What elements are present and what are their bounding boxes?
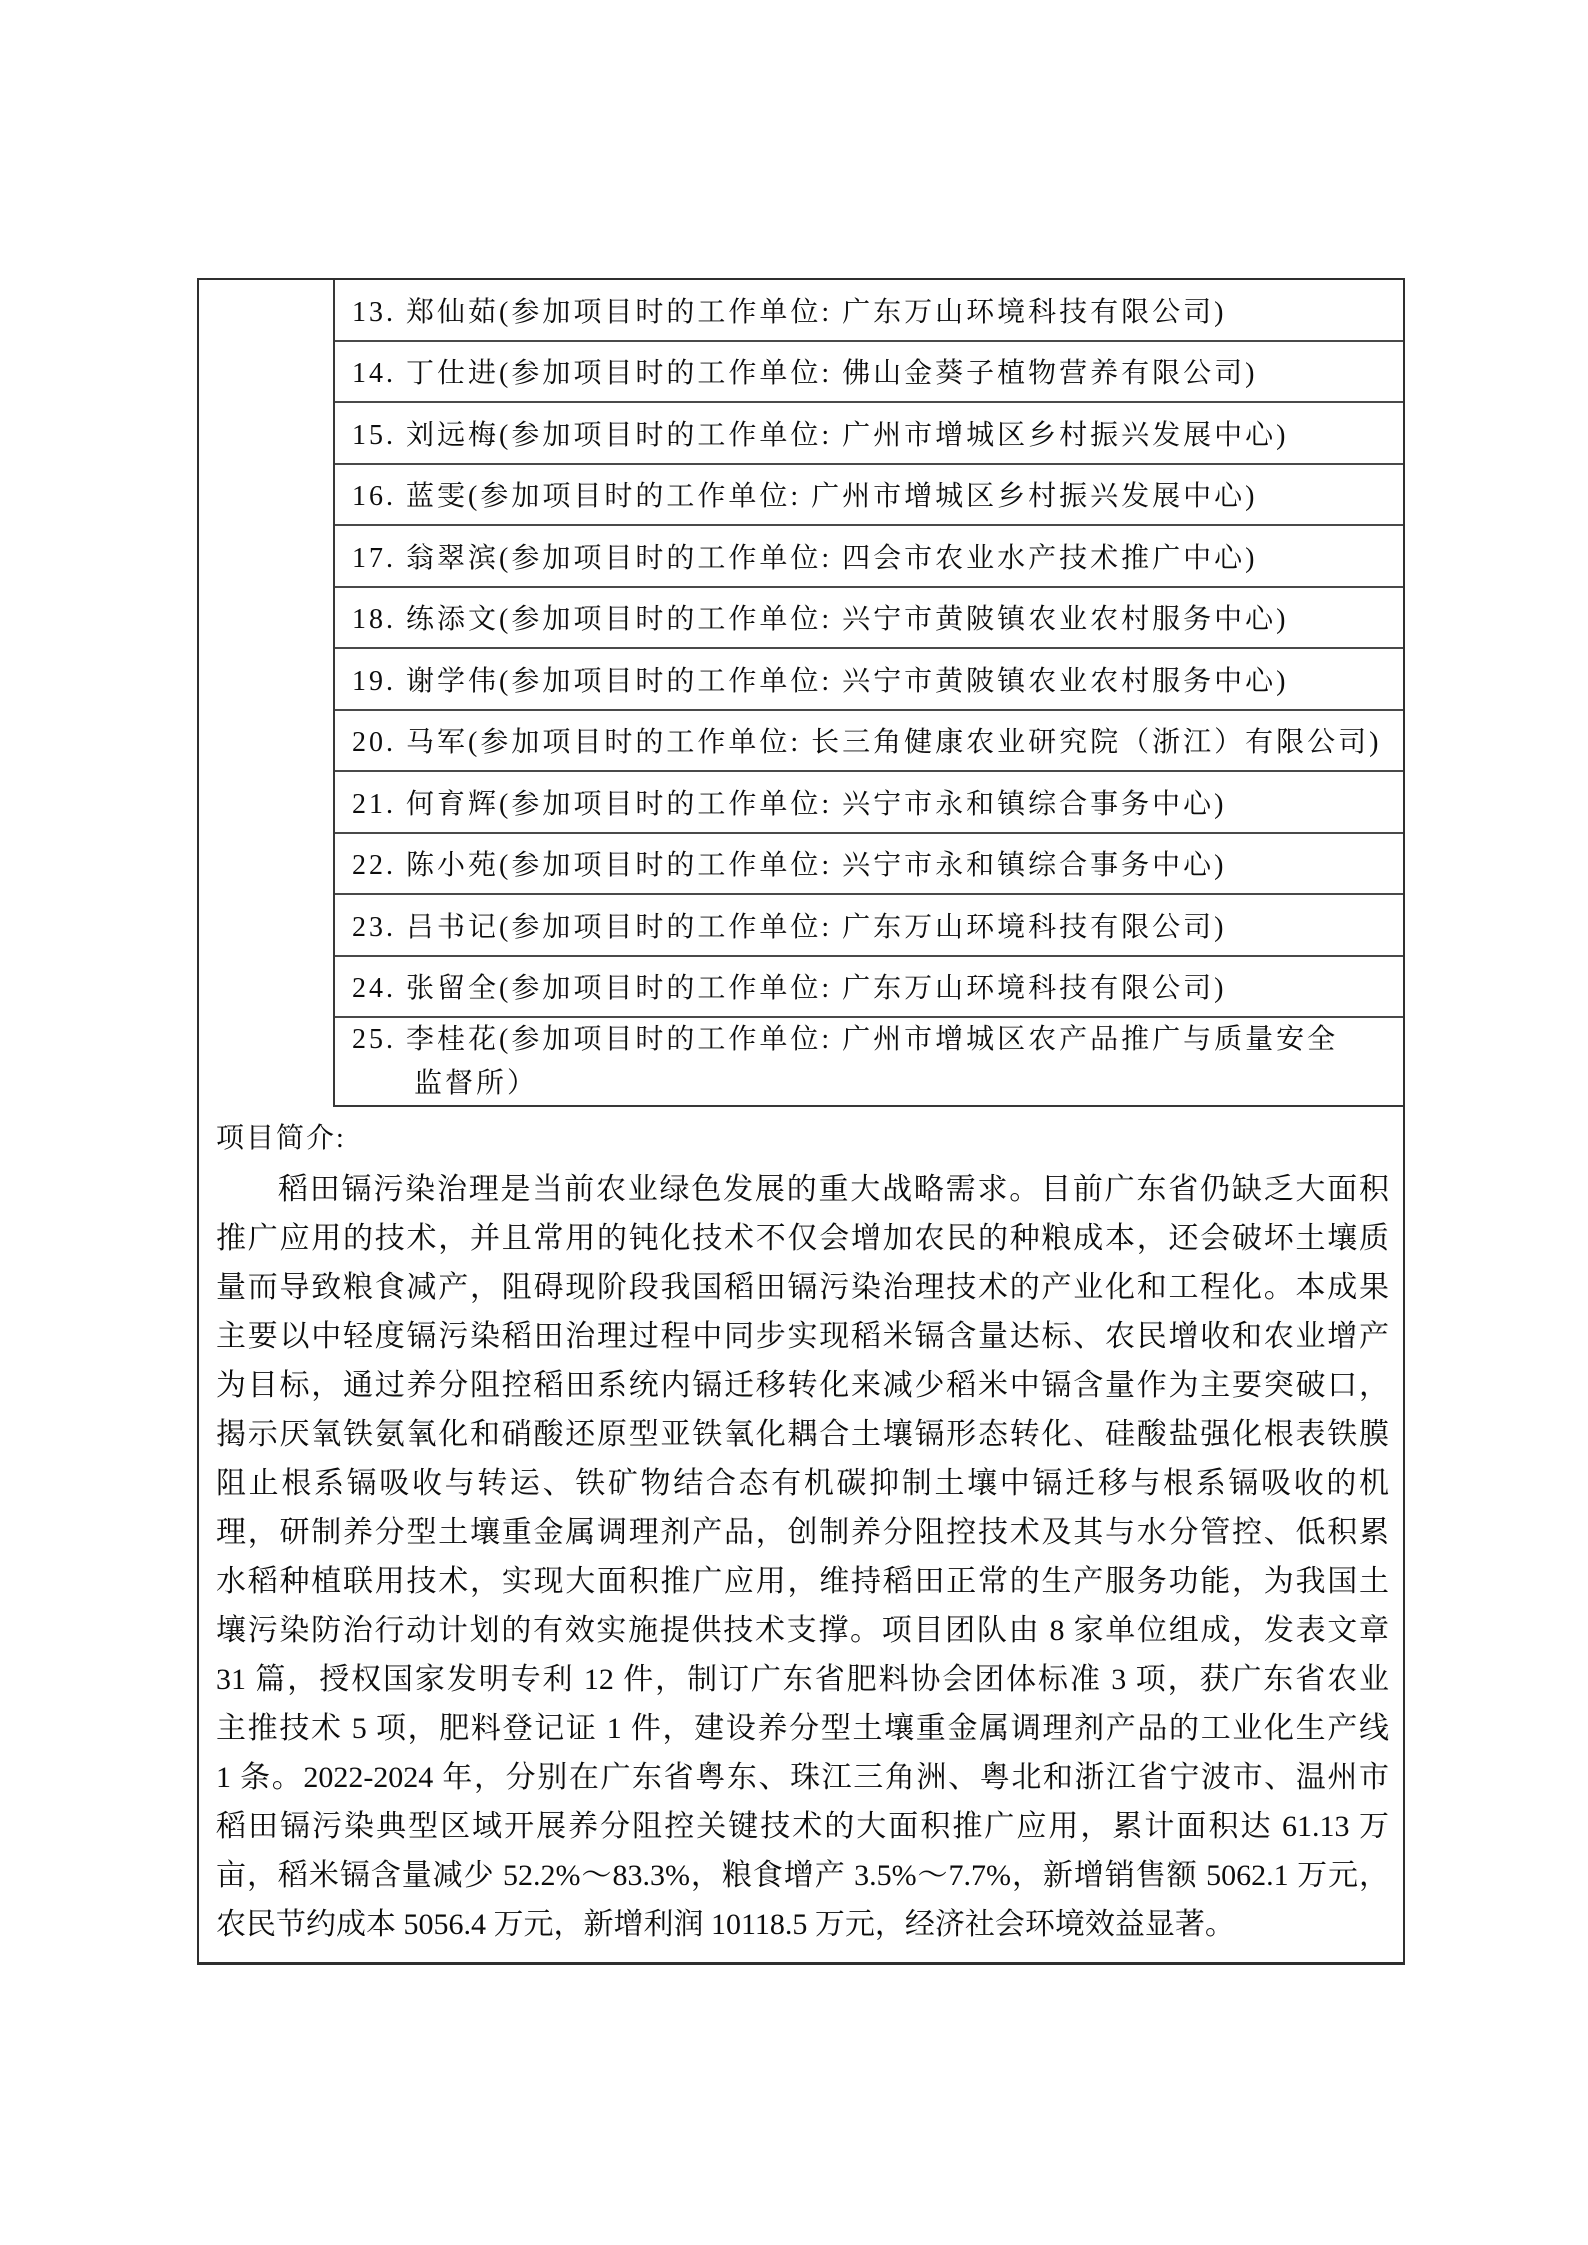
member-row-25: 25. 李桂花(参加项目时的工作单位: 广州市增城区农产品推广与质量安全 监督所… <box>335 1018 1403 1107</box>
intro-line-9: 水稻种植联用技术，实现大面积推广应用，维持稻田正常的生产服务功能，为我国土 <box>216 1557 1389 1606</box>
intro-line-15: 亩，稻米镉含量减少 52.2%～83.3%，粮食增产 3.5%～7.7%，新增销… <box>216 1851 1389 1900</box>
member-row-18: 18. 练添文(参加项目时的工作单位: 兴宁市黄陂镇农业农村服务中心) <box>335 588 1403 650</box>
member-row-20: 20. 马军(参加项目时的工作单位: 长三角健康农业研究院（浙江）有限公司) <box>335 711 1403 773</box>
member-row-21: 21. 何育辉(参加项目时的工作单位: 兴宁市永和镇综合事务中心) <box>335 772 1403 834</box>
intro-line-11: 31 篇，授权国家发明专利 12 件，制订广东省肥料协会团体标准 3 项，获广东… <box>216 1655 1389 1704</box>
member-entry: 21. 何育辉(参加项目时的工作单位: 兴宁市永和镇综合事务中心) <box>335 782 1226 822</box>
member-entry: 23. 吕书记(参加项目时的工作单位: 广东万山环境科技有限公司) <box>335 905 1226 945</box>
member-row-13: 13. 郑仙茹(参加项目时的工作单位: 广东万山环境科技有限公司) <box>335 280 1403 342</box>
member-entry: 15. 刘远梅(参加项目时的工作单位: 广州市增城区乡村振兴发展中心) <box>335 413 1288 453</box>
member-entry: 20. 马军(参加项目时的工作单位: 长三角健康农业研究院（浙江）有限公司) <box>335 720 1381 760</box>
intro-line-12: 主推技术 5 项，肥料登记证 1 件，建设养分型土壤重金属调理剂产品的工业化生产… <box>216 1704 1389 1753</box>
intro-line-16: 农民节约成本 5056.4 万元，新增利润 10118.5 万元，经济社会环境效… <box>216 1900 1389 1949</box>
member-row-19: 19. 谢学伟(参加项目时的工作单位: 兴宁市黄陂镇农业农村服务中心) <box>335 649 1403 711</box>
intro-line-14: 稻田镉污染典型区域开展养分阻控关键技术的大面积推广应用，累计面积达 61.13 … <box>216 1802 1389 1851</box>
nomination-table: 13. 郑仙茹(参加项目时的工作单位: 广东万山环境科技有限公司) 14. 丁仕… <box>197 278 1405 1965</box>
member-row-17: 17. 翁翠滨(参加项目时的工作单位: 四会市农业水产技术推广中心) <box>335 526 1403 588</box>
members-section: 13. 郑仙茹(参加项目时的工作单位: 广东万山环境科技有限公司) 14. 丁仕… <box>199 280 1403 1107</box>
intro-line-5: 为目标，通过养分阻控稻田系统内镉迁移转化来减少稻米中镉含量作为主要突破口， <box>216 1361 1389 1410</box>
member-entry: 16. 蓝雯(参加项目时的工作单位: 广州市增城区乡村振兴发展中心) <box>335 474 1257 514</box>
member-row-23: 23. 吕书记(参加项目时的工作单位: 广东万山环境科技有限公司) <box>335 895 1403 957</box>
member-entry: 24. 张留全(参加项目时的工作单位: 广东万山环境科技有限公司) <box>335 966 1226 1006</box>
intro-line-4: 主要以中轻度镉污染稻田治理过程中同步实现稻米镉含量达标、农民增收和农业增产 <box>216 1312 1389 1361</box>
intro-line-8: 理，研制养分型土壤重金属调理剂产品，创制养分阻控技术及其与水分管控、低积累 <box>216 1508 1389 1557</box>
intro-line-2: 推广应用的技术，并且常用的钝化技术不仅会增加农民的种粮成本，还会破坏土壤质 <box>216 1214 1389 1263</box>
project-intro-section: 项目简介: 稻田镉污染治理是当前农业绿色发展的重大战略需求。目前广东省仍缺乏大面… <box>199 1107 1403 1962</box>
intro-line-1: 稻田镉污染治理是当前农业绿色发展的重大战略需求。目前广东省仍缺乏大面积 <box>216 1165 1389 1214</box>
member-row-14: 14. 丁仕进(参加项目时的工作单位: 佛山金葵子植物营养有限公司) <box>335 342 1403 404</box>
member-entry-line1: 25. 李桂花(参加项目时的工作单位: 广州市增城区农产品推广与质量安全 <box>352 1018 1338 1062</box>
member-row-24: 24. 张留全(参加项目时的工作单位: 广东万山环境科技有限公司) <box>335 957 1403 1019</box>
member-entry-line2: 监督所） <box>352 1062 1338 1106</box>
intro-line-3: 量而导致粮食减产，阻碍现阶段我国稻田镉污染治理技术的产业化和工程化。本成果 <box>216 1263 1389 1312</box>
project-intro-label: 项目简介: <box>216 1119 1389 1159</box>
member-row-16: 16. 蓝雯(参加项目时的工作单位: 广州市增城区乡村振兴发展中心) <box>335 465 1403 527</box>
intro-line-6: 揭示厌氧铁氨氧化和硝酸还原型亚铁氧化耦合土壤镉形态转化、硅酸盐强化根表铁膜 <box>216 1410 1389 1459</box>
member-entry: 25. 李桂花(参加项目时的工作单位: 广州市增城区农产品推广与质量安全 监督所… <box>335 1018 1338 1106</box>
rowspan-spacer-cell <box>199 280 335 1107</box>
member-entry: 19. 谢学伟(参加项目时的工作单位: 兴宁市黄陂镇农业农村服务中心) <box>335 659 1288 699</box>
member-entry: 18. 练添文(参加项目时的工作单位: 兴宁市黄陂镇农业农村服务中心) <box>335 597 1288 637</box>
intro-line-10: 壤污染防治行动计划的有效实施提供技术支撑。项目团队由 8 家单位组成，发表文章 <box>216 1606 1389 1655</box>
member-entry: 14. 丁仕进(参加项目时的工作单位: 佛山金葵子植物营养有限公司) <box>335 351 1257 391</box>
member-rows: 13. 郑仙茹(参加项目时的工作单位: 广东万山环境科技有限公司) 14. 丁仕… <box>335 280 1403 1107</box>
member-row-15: 15. 刘远梅(参加项目时的工作单位: 广州市增城区乡村振兴发展中心) <box>335 403 1403 465</box>
intro-line-7: 阻止根系镉吸收与转运、铁矿物结合态有机碳抑制土壤中镉迁移与根系镉吸收的机 <box>216 1459 1389 1508</box>
member-row-22: 22. 陈小苑(参加项目时的工作单位: 兴宁市永和镇综合事务中心) <box>335 834 1403 896</box>
member-entry: 17. 翁翠滨(参加项目时的工作单位: 四会市农业水产技术推广中心) <box>335 536 1257 576</box>
member-entry: 13. 郑仙茹(参加项目时的工作单位: 广东万山环境科技有限公司) <box>335 290 1226 330</box>
intro-line-13: 1 条。2022-2024 年，分别在广东省粤东、珠江三角洲、粤北和浙江省宁波市… <box>216 1753 1389 1802</box>
member-entry: 22. 陈小苑(参加项目时的工作单位: 兴宁市永和镇综合事务中心) <box>335 843 1226 883</box>
document-page: 13. 郑仙茹(参加项目时的工作单位: 广东万山环境科技有限公司) 14. 丁仕… <box>0 0 1588 2245</box>
